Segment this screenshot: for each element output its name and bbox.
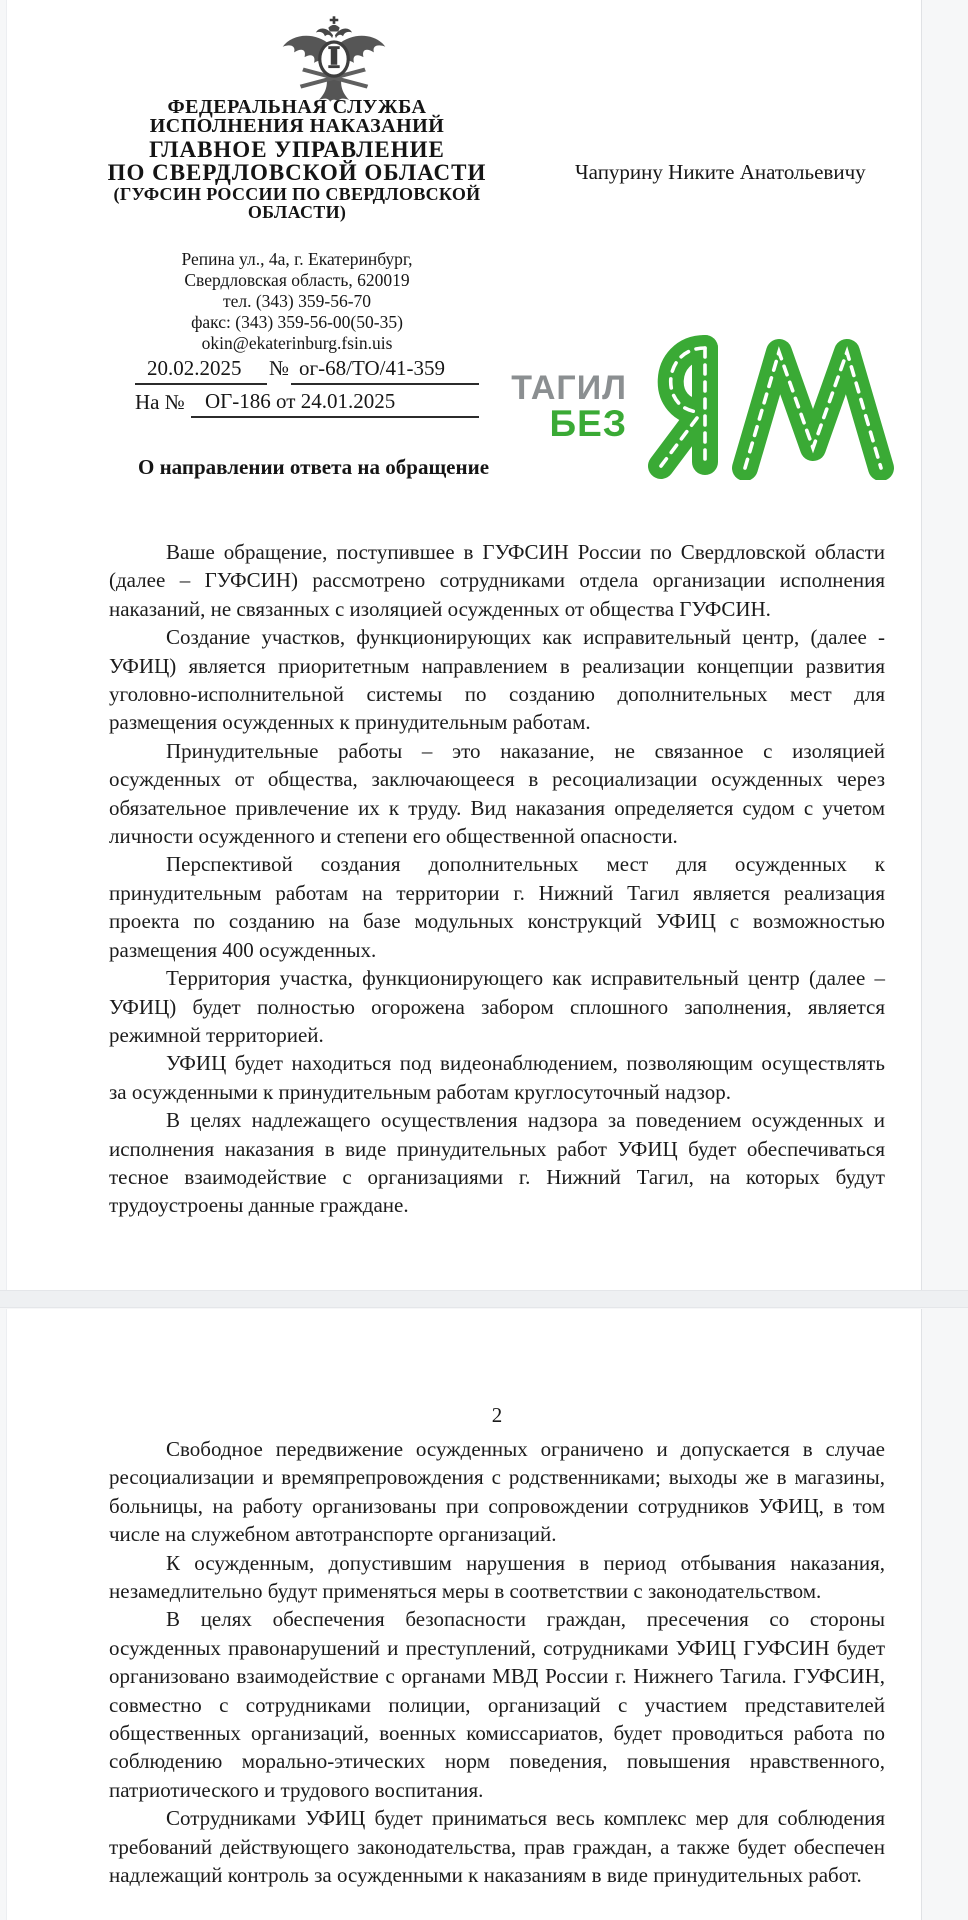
org-name: ФЕДЕРАЛЬНАЯ СЛУЖБА ИСПОЛНЕНИЯ НАКАЗАНИЙ xyxy=(62,98,532,135)
letter-number: ог-68/ТО/41-359 xyxy=(299,357,445,379)
subject-line: О направлении ответа на обращение xyxy=(138,455,489,480)
address-line: факс: (343) 359-56-00(50-35) xyxy=(62,312,532,333)
org-name-line: ФЕДЕРАЛЬНАЯ СЛУЖБА xyxy=(62,98,532,117)
body-paragraph: Принудительные работы – это наказание, н… xyxy=(109,737,885,851)
body-paragraph: Свободное передвижение осужденных ограни… xyxy=(109,1435,885,1549)
body-paragraph: Сотрудниками УФИЦ будет приниматься весь… xyxy=(109,1804,885,1889)
road-letters-icon xyxy=(629,328,921,480)
letterhead-address: Репина ул., 4а, г. Екатеринбург, Свердло… xyxy=(62,249,532,354)
page-2: 2 Свободное передвижение осужденных огра… xyxy=(6,1309,922,1920)
body-paragraph: Создание участков, функционирующих как и… xyxy=(109,623,885,737)
dept-abbr-line: (ГУФСИН РОССИИ ПО СВЕРДЛОВСКОЙ xyxy=(37,185,557,203)
number-sign: № xyxy=(269,357,289,379)
address-line: okin@ekaterinburg.fsin.uis xyxy=(62,333,532,354)
fsin-eagle-emblem xyxy=(277,14,391,106)
department-name: ГЛАВНОЕ УПРАВЛЕНИЕ ПО СВЕРДЛОВСКОЙ ОБЛАС… xyxy=(37,139,557,184)
dept-abbr-line: ОБЛАСТИ) xyxy=(37,203,557,221)
letter-date: 20.02.2025 xyxy=(147,357,242,379)
body-paragraph: В целях обеспечения безопасности граждан… xyxy=(109,1605,885,1804)
date-underline xyxy=(135,383,267,385)
reference-prefix: На № xyxy=(135,391,185,413)
reference-number: ОГ-186 от 24.01.2025 xyxy=(205,390,395,412)
body-paragraph: В целях надлежащего осуществления надзор… xyxy=(109,1106,885,1220)
org-name-line: ИСПОЛНЕНИЯ НАКАЗАНИЙ xyxy=(62,117,532,136)
page-number: 2 xyxy=(109,1403,885,1428)
letter-body-page1: Ваше обращение, поступившее в ГУФСИН Рос… xyxy=(109,538,885,1220)
page-1: ФЕДЕРАЛЬНАЯ СЛУЖБА ИСПОЛНЕНИЯ НАКАЗАНИЙ … xyxy=(6,0,922,1290)
department-abbreviation: (ГУФСИН РОССИИ ПО СВЕРДЛОВСКОЙ ОБЛАСТИ) xyxy=(37,185,557,221)
logo-word-tagil: ТАГИЛ xyxy=(427,371,627,405)
dept-name-line: ПО СВЕРДЛОВСКОЙ ОБЛАСТИ xyxy=(37,162,557,185)
body-paragraph: К осужденным, допустившим нарушения в пе… xyxy=(109,1549,885,1606)
body-paragraph: УФИЦ будет находиться под видеонаблюдени… xyxy=(109,1049,885,1106)
logo-yam-road-letters xyxy=(629,328,921,480)
body-paragraph: Территория участка, функционирующего как… xyxy=(109,964,885,1049)
logo-word-bez: БЕЗ xyxy=(427,405,627,442)
eagle-icon xyxy=(277,14,391,106)
body-paragraph: Ваше обращение, поступившее в ГУФСИН Рос… xyxy=(109,538,885,623)
body-paragraph: Перспективой создания дополнительных мес… xyxy=(109,850,885,964)
letter-body-page2: Свободное передвижение осужденных ограни… xyxy=(109,1435,885,1890)
dept-name-line: ГЛАВНОЕ УПРАВЛЕНИЕ xyxy=(37,139,557,162)
address-line: тел. (343) 359-56-70 xyxy=(62,291,532,312)
page-gap xyxy=(0,1290,968,1308)
recipient-name: Чапурину Никите Анатольевичу xyxy=(575,160,895,185)
address-line: Свердловская область, 620019 xyxy=(62,270,532,291)
address-line: Репина ул., 4а, г. Екатеринбург, xyxy=(62,249,532,270)
